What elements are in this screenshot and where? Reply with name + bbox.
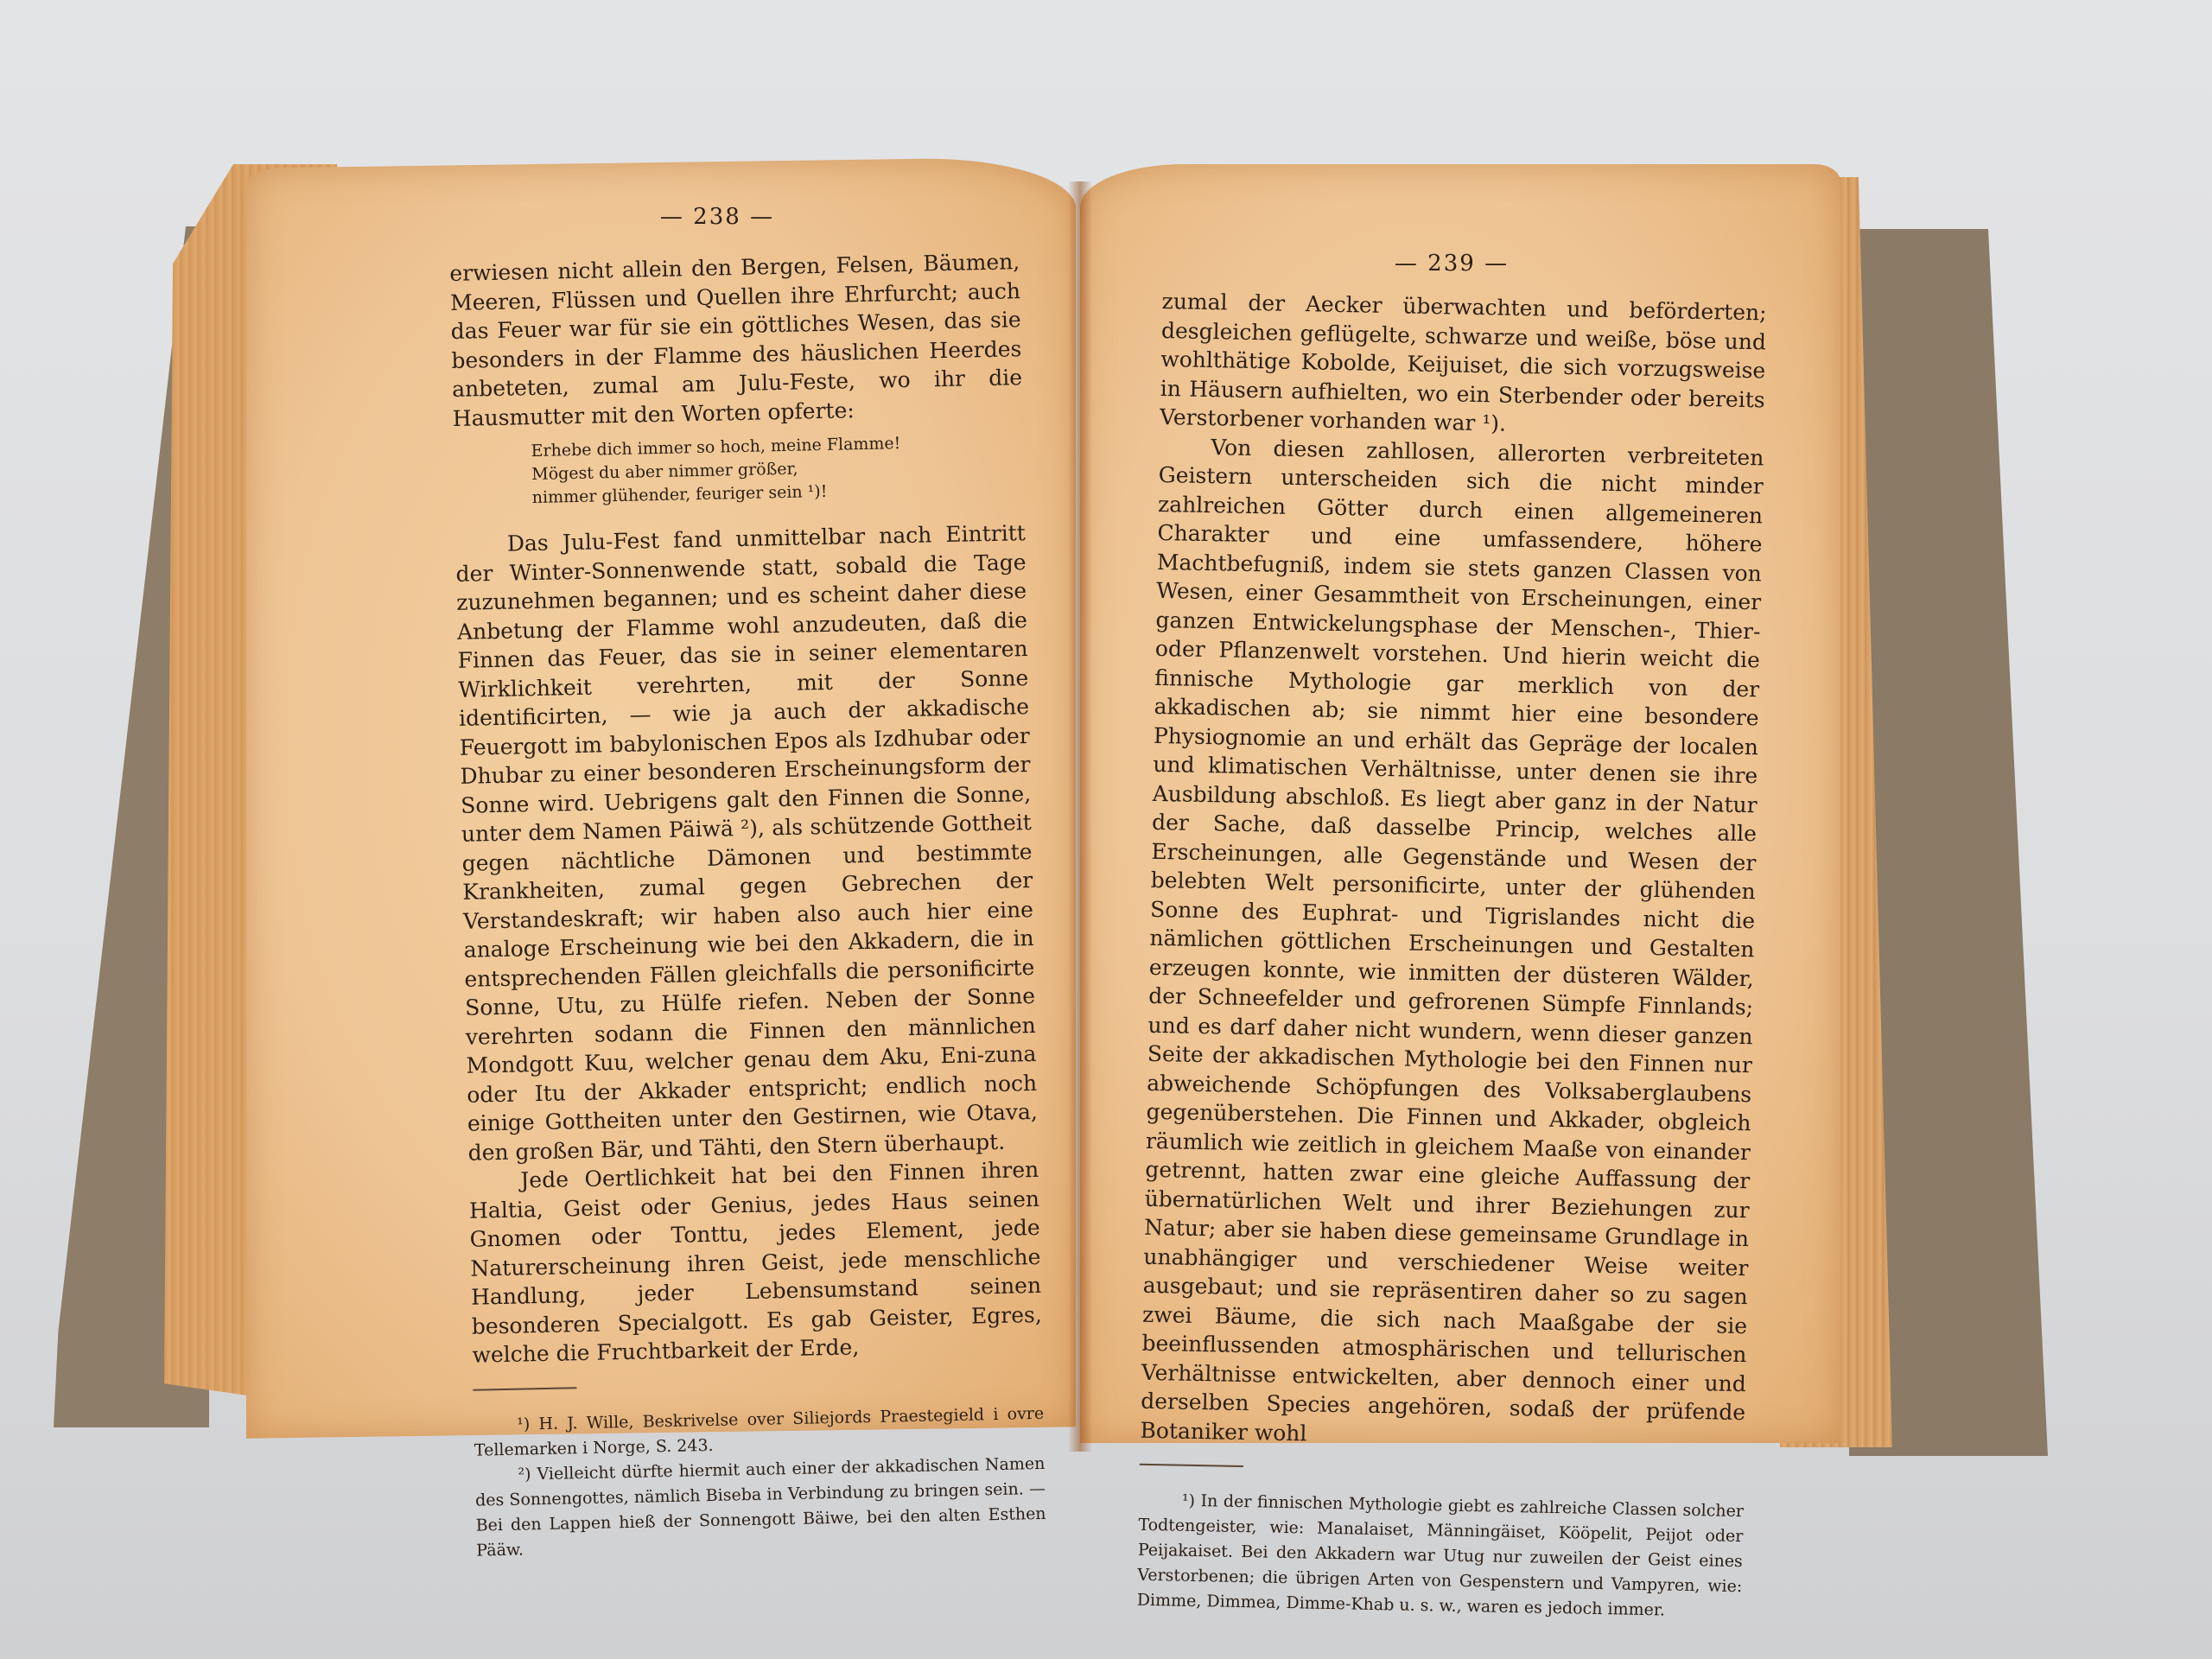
right-page-body: zumal der Aecker überwachten und beförde…: [1140, 287, 1767, 1456]
verse-quote: Erhebe dich immer so hoch, meine Flamme!…: [531, 429, 1025, 510]
page-number-left: — 238 —: [639, 204, 795, 230]
footnote-divider: [473, 1387, 576, 1391]
left-page-footnotes: ¹) H. J. Wille, Beskrivelse over Siliejo…: [474, 1401, 1046, 1563]
right-page-content: zumal der Aecker überwachten und beförde…: [1137, 287, 1767, 1624]
footnote: ²) Vielleicht dürfte hiermit auch einer …: [474, 1451, 1046, 1563]
book-gutter: [1068, 181, 1092, 1452]
page-number-right: — 239 —: [1374, 251, 1529, 276]
right-page-footnotes: ¹) In der finnischen Mythologie giebt es…: [1137, 1488, 1745, 1624]
paragraph: erwiesen nicht allein den Bergen, Felsen…: [449, 247, 1023, 433]
footnote-divider: [1140, 1464, 1243, 1467]
paragraph: Das Julu-Fest fand unmittelbar nach Eint…: [455, 518, 1039, 1167]
left-page-body: erwiesen nicht allein den Bergen, Felsen…: [449, 247, 1043, 1370]
paragraph: Von diesen zahllosen, allerorten verbrei…: [1140, 431, 1764, 1456]
footnote: ¹) In der finnischen Mythologie giebt es…: [1137, 1488, 1745, 1624]
paragraph: zumal der Aecker überwachten und beförde…: [1160, 287, 1767, 443]
left-page-content: erwiesen nicht allein den Bergen, Felsen…: [449, 247, 1046, 1563]
paragraph: Jede Oertlichkeit hat bei den Finnen ihr…: [468, 1155, 1043, 1370]
